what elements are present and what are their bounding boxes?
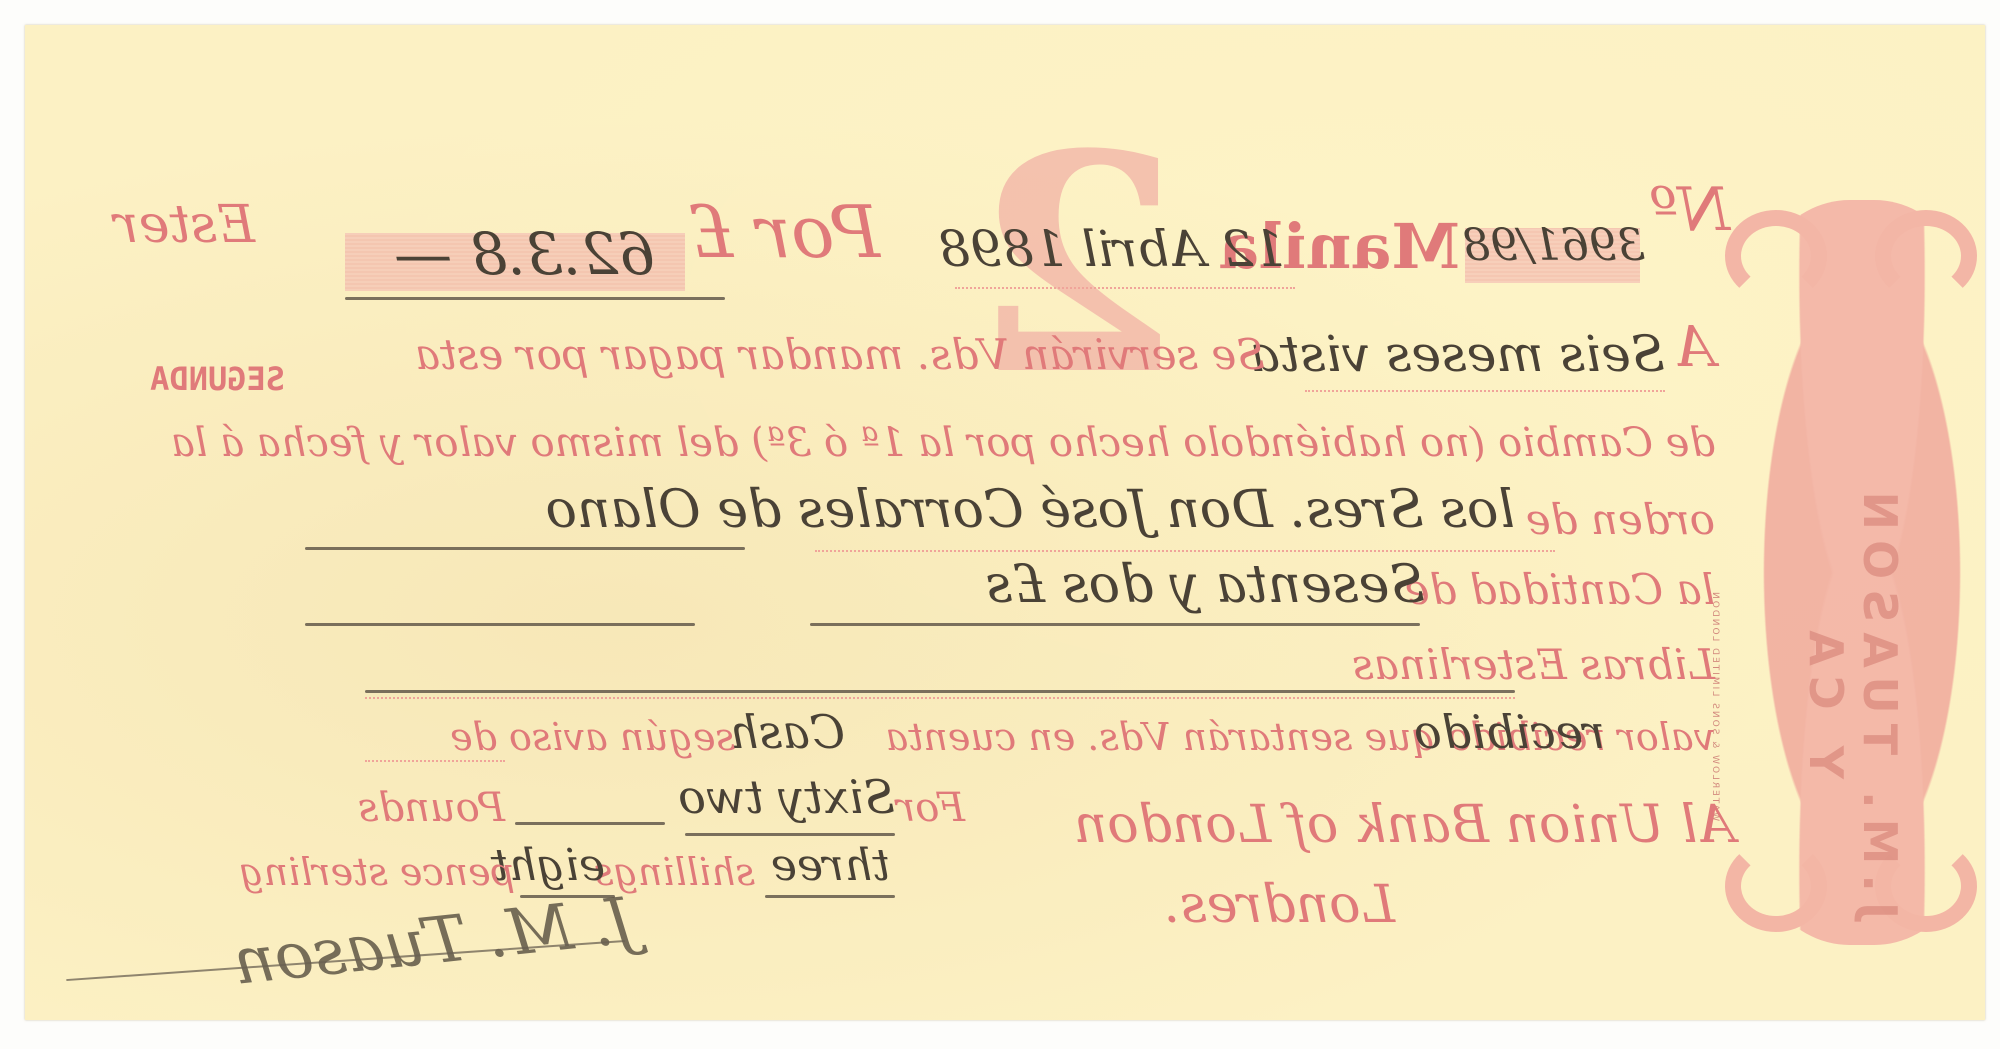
drawee: Al Union Bank of London (1074, 795, 1735, 855)
amount-underline (345, 297, 725, 300)
payee: los Sres. Don José Corrales de Olano (546, 480, 1515, 540)
copy-designation: SEGUNDA (150, 360, 285, 398)
date-dotted-line (955, 287, 1295, 289)
printer-mark: WATERLOW & SONS LIMITED LONDON (1710, 590, 1720, 821)
payee-fill-rule (305, 547, 745, 550)
value-cash: Cash (729, 705, 845, 759)
value-received: recibido (1414, 705, 1605, 759)
mirrored-content: J.M. TUASON Y CA WATERLOW & SONS LIMITED… (25, 25, 1985, 1020)
scroll-ornament-icon (1875, 210, 1977, 302)
advice-dotted-line (365, 760, 505, 762)
amount-label: Por £ (688, 190, 880, 274)
currency-dotted-line (365, 697, 1515, 699)
order-label: orden de (1526, 495, 1715, 544)
english-for-label: For (896, 785, 965, 831)
issue-date: 12 Abril 1898 (938, 220, 1285, 278)
ornamental-vignette: J.M. TUASON Y CA (1737, 200, 1987, 945)
payee-dotted-line (815, 550, 1555, 552)
quantity-underline (810, 623, 1420, 626)
currency-label: Libras Esterlinas (1352, 640, 1715, 689)
english-pounds-words: Sixty two (678, 770, 895, 824)
english-pence-label: pence sterling (239, 850, 515, 894)
bill-of-exchange-paper: J.M. TUASON Y CA WATERLOW & SONS LIMITED… (25, 25, 1985, 1020)
bill-number: 3961/98 (1462, 220, 1645, 271)
payment-instruction: Se servirán Vds. mandar pagar por esta (415, 330, 1265, 379)
english-shillings-words: three (771, 840, 890, 891)
amount-value: 62.3.8 — (394, 220, 655, 288)
exchange-clause: de Cambio (no habiéndolo hecho por la 1ª… (171, 420, 1715, 466)
quantity-label: la Cantidad de (1405, 565, 1715, 614)
english-pounds-label: Pounds (358, 785, 505, 831)
english-pounds-underline (685, 833, 895, 836)
english-shillings-underline (765, 895, 895, 898)
issuer-stamp: J.M. TUASON Y CA (1837, 450, 1907, 950)
tenor: Seis meses vista (1250, 325, 1665, 383)
english-pounds-fill-rule (515, 822, 665, 825)
advice-clause: según aviso de (450, 715, 735, 759)
currency-fill-rule (365, 690, 1515, 693)
scroll-ornament-icon (1725, 840, 1827, 932)
amount-suffix: Ester (114, 195, 255, 255)
quantity-fill-rule (305, 623, 695, 626)
tenor-prefix: A (1675, 315, 1715, 380)
scroll-ornament-icon (1725, 210, 1827, 302)
number-label: Nº (1649, 175, 1730, 245)
tenor-dotted-line (1305, 390, 1665, 392)
quantity-words: Sesenta y dos £s (986, 555, 1425, 615)
drawee-city: Londres. (1164, 875, 1395, 935)
drawer-signature: J. M. Tuason (230, 884, 638, 1000)
